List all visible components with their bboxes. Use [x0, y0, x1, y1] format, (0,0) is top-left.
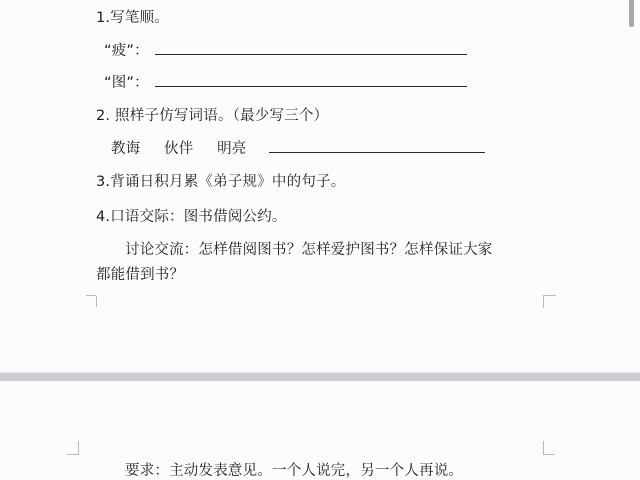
answer-blank[interactable] [269, 151, 485, 153]
answer-blank[interactable] [155, 53, 467, 55]
question-1-item-pi: “疲”： [104, 39, 467, 60]
margin-corner-mark [67, 441, 79, 455]
margin-corner-mark [86, 295, 96, 296]
example-word: 伙伴 [164, 141, 193, 157]
question-3-title: 3.背诵日积月累《弟子规》中的句子。 [96, 170, 345, 191]
document-page-1: 1.写笔顺。 “疲”： “图”： 2. 照样子仿写词语。（最少写三个） 教诲 伙… [0, 0, 640, 375]
margin-corner-mark [543, 441, 555, 455]
margin-corner-mark [543, 295, 556, 308]
item-label: “疲”： [104, 43, 149, 59]
question-1-title: 1.写笔顺。 [96, 6, 169, 27]
answer-blank[interactable] [155, 85, 467, 87]
example-word: 明亮 [217, 141, 246, 157]
document-page-2: 要求：主动发表意见。一个人说完，另一个人再说。 [0, 381, 640, 480]
question-2-title: 2. 照样子仿写词语。（最少写三个） [96, 104, 328, 125]
question-4-discussion-line-1: 讨论交流：怎样借阅图书？怎样爱护图书？怎样保证大家 [125, 238, 493, 259]
question-4-title: 4.口语交际：图书借阅公约。 [96, 205, 287, 226]
requirement-text: 要求：主动发表意见。一个人说完，另一个人再说。 [125, 459, 463, 480]
example-word: 教诲 [111, 141, 140, 157]
item-label: “图”： [104, 75, 149, 91]
question-1-item-tu: “图”： [104, 71, 467, 92]
margin-corner-mark [86, 296, 97, 307]
question-4-discussion-line-2: 都能借到书？ [96, 263, 184, 284]
question-2-examples: 教诲 伙伴 明亮 [111, 137, 485, 158]
scrollbar-thumb[interactable] [629, 0, 634, 27]
